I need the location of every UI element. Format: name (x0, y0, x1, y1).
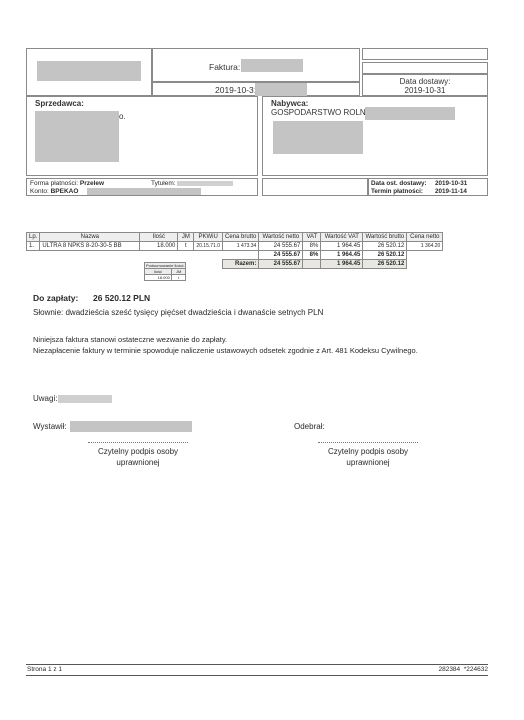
col-vat-value: Wartość VAT (321, 233, 363, 242)
dates-box: Data ost. dostawy: 2019-10-31 Termin pła… (368, 178, 488, 196)
notice-interest: Niezapłacenie faktury w terminie spowodu… (33, 346, 418, 355)
blank-box-1 (362, 48, 488, 60)
row-qty: 18.000 (140, 242, 178, 251)
items-table: Lp. Nazwa Ilość JM PKWiU Cena brutto War… (26, 232, 443, 269)
buyer-box: Nabywca: GOSPODARSTWO ROLNE (262, 96, 488, 176)
col-net-value: Wartość netto (259, 233, 303, 242)
col-unit: JM (178, 233, 194, 242)
col-qty: Ilość (140, 233, 178, 242)
issued-by-label: Wystawił: (33, 422, 67, 431)
col-vat-rate: VAT (303, 233, 321, 242)
invoice-number-box: Faktura: (152, 48, 360, 82)
account-label: Konto: (30, 188, 49, 195)
total-gross: 26 520.12 (363, 260, 407, 269)
col-lp: Lp. (27, 233, 40, 242)
row-vat-rate: 8% (303, 242, 321, 251)
redacted-seller-details (35, 111, 119, 162)
col-gross-price: Cena brutto (222, 233, 258, 242)
issuer-signature-caption-1: Czytelny podpis osoby (78, 447, 198, 456)
delivery-date-box: Data dostawy: 2019-10-31 (362, 74, 488, 96)
redacted-invoice-date-suffix (255, 83, 307, 96)
due-date-label: Termin płatności: (371, 188, 423, 195)
row-gross-price: 1 473.34 (222, 242, 258, 251)
receiver-signature-caption-2: uprawnionej (308, 458, 428, 467)
row-net-price: 1 364.20 (407, 242, 443, 251)
account: Konto: BPEKAO (30, 188, 78, 195)
document-number: 282384 *224632 (400, 666, 488, 673)
vat-summary-vat: 1 964.45 (321, 251, 363, 260)
table-row: 1. ULTRA 8 NPKS 8-20-30-5 BB 18.000 t 20… (27, 242, 443, 251)
issuer-logo-box (26, 48, 152, 96)
redacted-issuer-name (70, 421, 192, 432)
notice-final-demand: Niniejsza faktura stanowi ostateczne wez… (33, 335, 227, 344)
vat-summary-net: 24 555.67 (259, 251, 303, 260)
col-pkwiu: PKWiU (194, 233, 223, 242)
redacted-remarks (58, 395, 112, 403)
row-gross-value: 26 520.12 (363, 242, 407, 251)
row-name: ULTRA 8 NPKS 8-20-30-5 BB (40, 242, 140, 251)
col-net-price: Cena netto (407, 233, 443, 242)
vat-summary-row: 24 555.67 8% 1 964.45 26 520.12 (27, 251, 443, 260)
payment-box: Forma płatności: Przelew Tytułem: Konto:… (26, 178, 258, 196)
bank-name: BPEKAO (51, 188, 79, 195)
redacted-issuer (37, 61, 141, 81)
redacted-invoice-number (241, 59, 303, 72)
issuer-signature-caption-2: uprawnionej (78, 458, 198, 467)
items-header-row: Lp. Nazwa Ilość JM PKWiU Cena brutto War… (27, 233, 443, 242)
invoice-date: 2019-10-31 (215, 85, 258, 95)
delivery-date-label: Data dostawy: (363, 77, 487, 86)
footer-bottom-rule (26, 675, 488, 676)
dates-box-left (262, 178, 368, 196)
amount-due-label: Do zapłaty: (33, 293, 78, 303)
payment-method: Forma płatności: Przelew (30, 180, 104, 187)
page-number: Strona 1 z 1 (27, 666, 62, 673)
receiver-signature-line (318, 442, 418, 443)
row-vat-value: 1 964.45 (321, 242, 363, 251)
last-delivery-date: 2019-10-31 (435, 180, 467, 187)
qty-summary-title: Podsumowanie ilości: (145, 263, 186, 269)
total-row: Razem: 24 555.67 1 964.45 26 520.12 (27, 260, 443, 269)
receiver-signature-caption-1: Czytelny podpis osoby (308, 447, 428, 456)
col-name: Nazwa (40, 233, 140, 242)
buyer-label: Nabywca: (271, 99, 308, 108)
row-pkwiu: 20.15.71.0 (194, 242, 223, 251)
payment-method-value: Przelew (80, 180, 104, 187)
received-by-label: Odebrał: (294, 422, 325, 431)
invoice-date-box: 2019-10-31 (152, 82, 360, 96)
vat-summary-gross: 26 520.12 (363, 251, 407, 260)
delivery-date: 2019-10-31 (363, 86, 487, 95)
invoice-label: Faktura: (209, 62, 240, 72)
col-gross-value: Wartość brutto (363, 233, 407, 242)
redacted-buyer-name (365, 107, 455, 120)
due-date: 2019-11-14 (435, 188, 467, 195)
payment-title-label: Tytułem: (151, 180, 176, 187)
payment-method-label: Forma płatności: (30, 180, 78, 187)
row-unit: t (178, 242, 194, 251)
qty-summary-unit: t (171, 275, 186, 281)
total-vat: 1 964.45 (321, 260, 363, 269)
seller-label: Sprzedawca: (35, 99, 84, 108)
redacted-account-number (87, 188, 201, 195)
redacted-payment-title (177, 181, 233, 186)
seller-box: Sprzedawca: o. (26, 96, 258, 176)
seller-name-suffix: o. (119, 112, 126, 121)
redacted-buyer-address (273, 121, 363, 154)
row-net-value: 24 555.67 (259, 242, 303, 251)
vat-summary-rate: 8% (303, 251, 321, 260)
footer-top-rule (26, 664, 488, 665)
row-lp: 1. (27, 242, 40, 251)
total-label: Razem: (222, 260, 258, 269)
issuer-signature-line (88, 442, 188, 443)
amount-due-value: 26 520.12 PLN (93, 293, 150, 303)
qty-summary-qty: 18.000 (145, 275, 172, 281)
buyer-name: GOSPODARSTWO ROLNE (271, 108, 371, 117)
last-delivery-label: Data ost. dostawy: (371, 180, 427, 187)
remarks-label: Uwagi: (33, 394, 57, 403)
blank-box-2 (362, 62, 488, 74)
total-net: 24 555.67 (259, 260, 303, 269)
qty-summary-table: Podsumowanie ilości: Ilość JM 18.000 t (144, 262, 186, 281)
amount-in-words: Słownie: dwadzieścia sześć tysięcy pięćs… (33, 308, 323, 317)
